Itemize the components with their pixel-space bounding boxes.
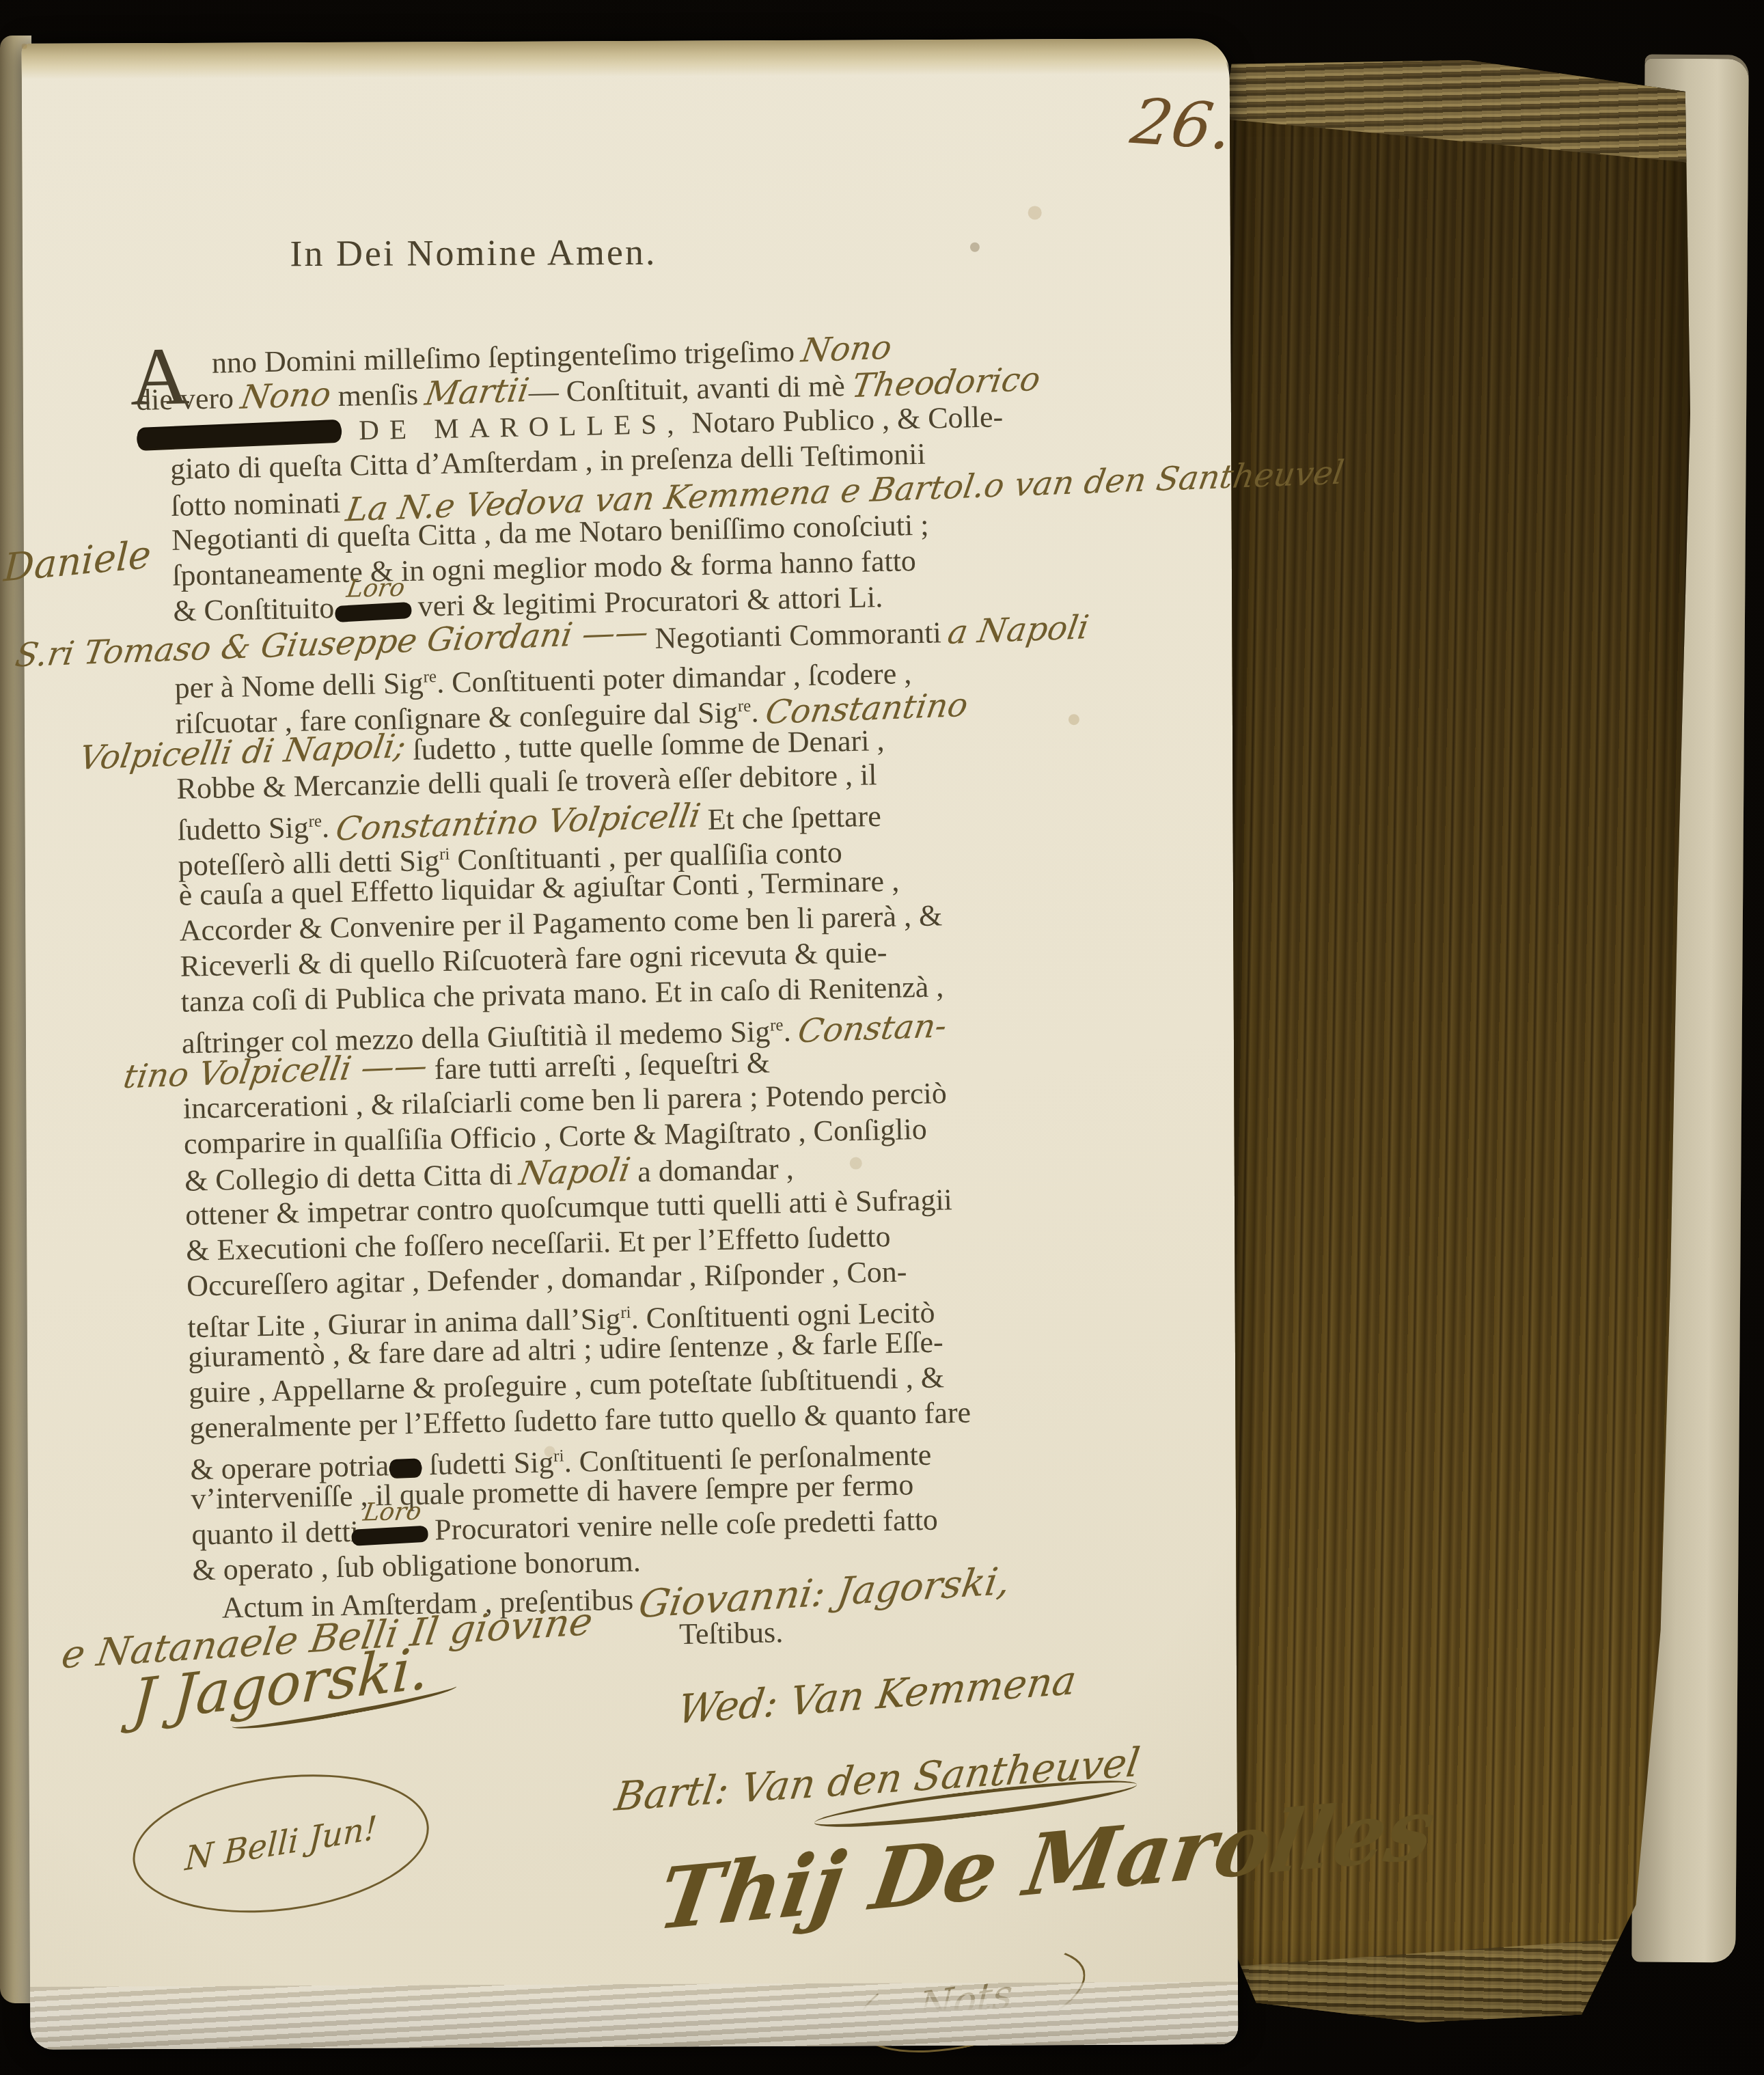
handwritten-insertion: Loro (340, 576, 412, 602)
document-title: In Dei Nomine Amen. (197, 230, 750, 275)
photo-background: 26. In Dei Nomine Amen. Daniele Anno Dom… (0, 0, 1764, 2075)
printed-text: ſotto nominati (171, 486, 348, 523)
printed-text: & Conſtituito (173, 591, 342, 628)
handwritten-insertion: a Napoli (946, 609, 1092, 650)
document-body: Anno Domini milleſimo ſeptingenteſimo tr… (168, 327, 1103, 1659)
printed-text: ri (553, 1447, 564, 1466)
printed-text: menſis (330, 377, 426, 413)
printed-text: re (770, 1016, 784, 1034)
page-number: 26. (1126, 85, 1238, 164)
printed-text: quanto il detti (191, 1515, 359, 1552)
handwritten-insertion: Loro (356, 1500, 428, 1526)
printed-text: ri (620, 1304, 631, 1322)
signature-belli-oval: N Belli Jun! (124, 1759, 437, 1929)
printed-text: DE MAROLLES, (342, 408, 685, 446)
book-fore-edge-pages (1197, 60, 1690, 2022)
printed-text: re (737, 697, 751, 715)
handwritten-insertion: Theodorico (849, 361, 1043, 404)
handwritten-insertion: Napoli (517, 1152, 633, 1192)
printed-text: a domandar , (630, 1152, 794, 1189)
handwritten-insertion: Nono (238, 376, 333, 415)
handwritten-insertion: Martii (423, 372, 532, 412)
signature-notary-title: Nots (918, 1970, 1015, 2031)
signature-belli-text: N Belli Jun! (184, 1809, 378, 1878)
printed-text: Teſtibus. (679, 1615, 784, 1651)
signature-van-kemmena: Wed: Van Kemmena (675, 1656, 1079, 1733)
book-page: 26. In Dei Nomine Amen. Daniele Anno Dom… (22, 38, 1239, 2050)
foxing-spots (22, 44, 27, 49)
printed-text: die vero (136, 381, 242, 417)
ink-strikeout (137, 422, 342, 449)
printed-text: Negotianti Commoranti (647, 616, 949, 655)
handwritten-insertion: Nono (799, 329, 894, 368)
margin-note-daniele: Daniele (3, 532, 152, 590)
printed-text: ri (439, 845, 450, 864)
ink-strikeout (389, 1460, 422, 1476)
printed-text: re (423, 668, 437, 686)
printed-text: re (308, 812, 322, 831)
printed-text: Notaro Publico , & Colle- (684, 400, 1004, 439)
